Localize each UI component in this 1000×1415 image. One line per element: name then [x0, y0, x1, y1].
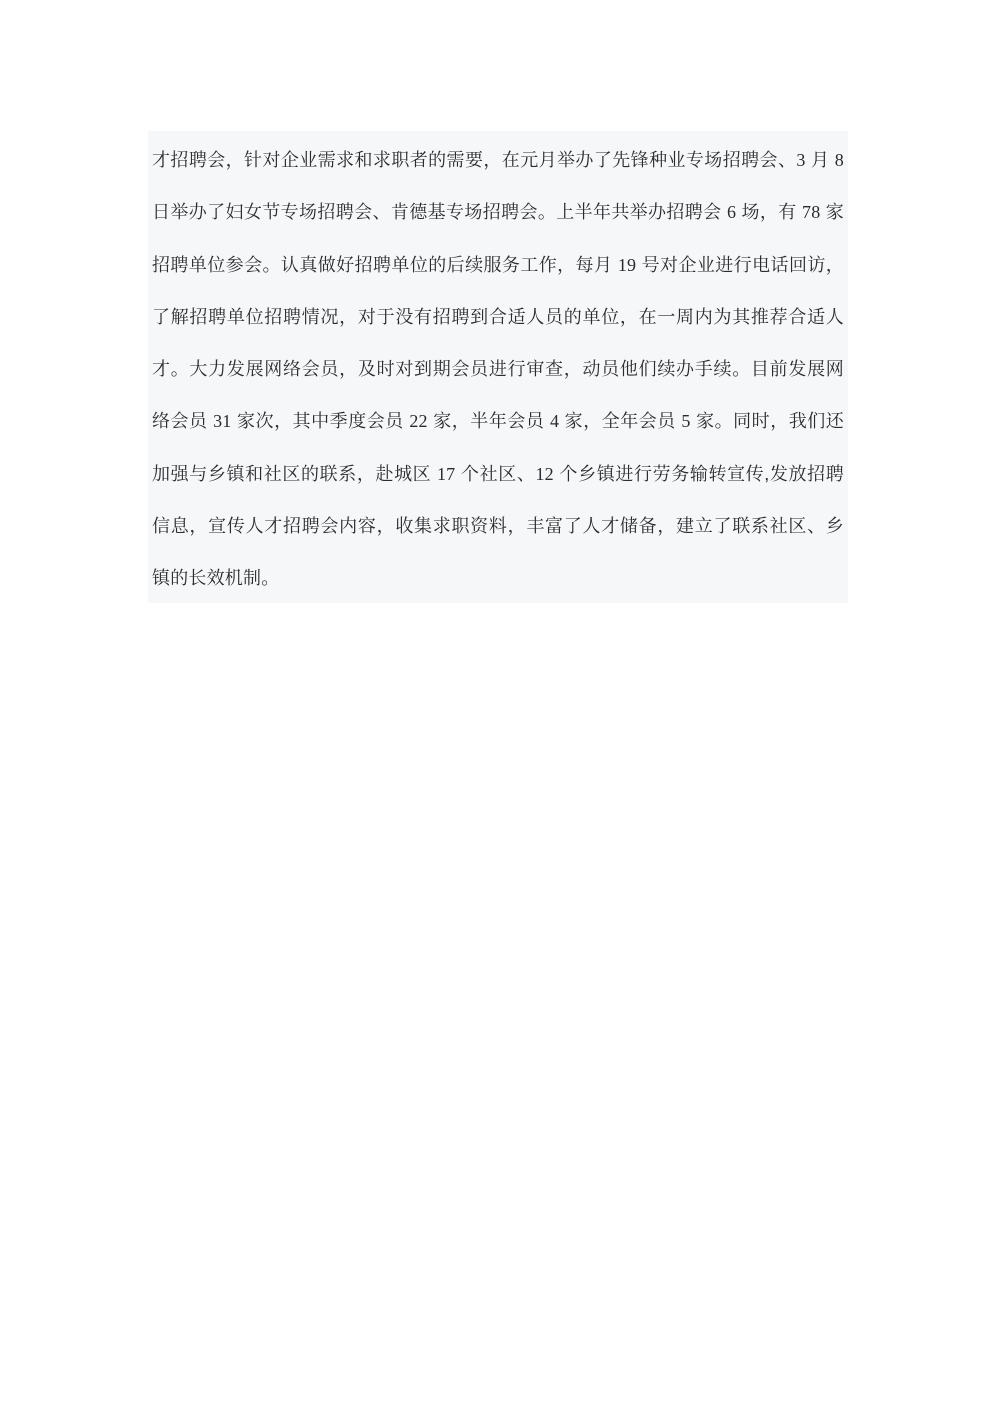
- text-line: 信息，宣传人才招聘会内容，收集求职资料，丰富了人才储备，建立了联系社区、乡: [152, 500, 844, 552]
- document-page: 才招聘会，针对企业需求和求职者的需要，在元月举办了先锋种业专场招聘会、3 月 8…: [0, 0, 1000, 1415]
- document-text-panel: 才招聘会，针对企业需求和求职者的需要，在元月举办了先锋种业专场招聘会、3 月 8…: [148, 131, 848, 603]
- serif-number: 4: [550, 411, 559, 431]
- serif-number: 8: [835, 150, 844, 170]
- text-line: 了解招聘单位招聘情况，对于没有招聘到合适人员的单位，在一周内为其推荐合适人: [152, 291, 844, 343]
- serif-number: 19: [618, 255, 636, 275]
- text-line: 日举办了妇女节专场招聘会、肯德基专场招聘会。上半年共举办招聘会 6 场，有 78…: [152, 186, 844, 238]
- serif-number: 12: [535, 464, 553, 484]
- serif-number: 31: [213, 411, 231, 431]
- text-line: 才招聘会，针对企业需求和求职者的需要，在元月举办了先锋种业专场招聘会、3 月 8: [152, 134, 844, 186]
- text-line: 加强与乡镇和社区的联系，赴城区 17 个社区、12 个乡镇进行劳务输转宣传,发放…: [152, 448, 844, 500]
- text-line: 招聘单位参会。认真做好招聘单位的后续服务工作，每月 19 号对企业进行电话回访，: [152, 239, 844, 291]
- text-line: 镇的长效机制。: [152, 552, 844, 603]
- text-line: 才。大力发展网络会员，及时对到期会员进行审查，动员他们续办手续。目前发展网: [152, 343, 844, 395]
- serif-number: 3: [796, 150, 805, 170]
- serif-number: 5: [681, 411, 690, 431]
- serif-number: 22: [409, 411, 427, 431]
- serif-number: 6: [727, 202, 736, 222]
- serif-number: 17: [437, 464, 455, 484]
- text-line: 络会员 31 家次，其中季度会员 22 家，半年会员 4 家，全年会员 5 家。…: [152, 395, 844, 447]
- serif-number: 78: [802, 202, 820, 222]
